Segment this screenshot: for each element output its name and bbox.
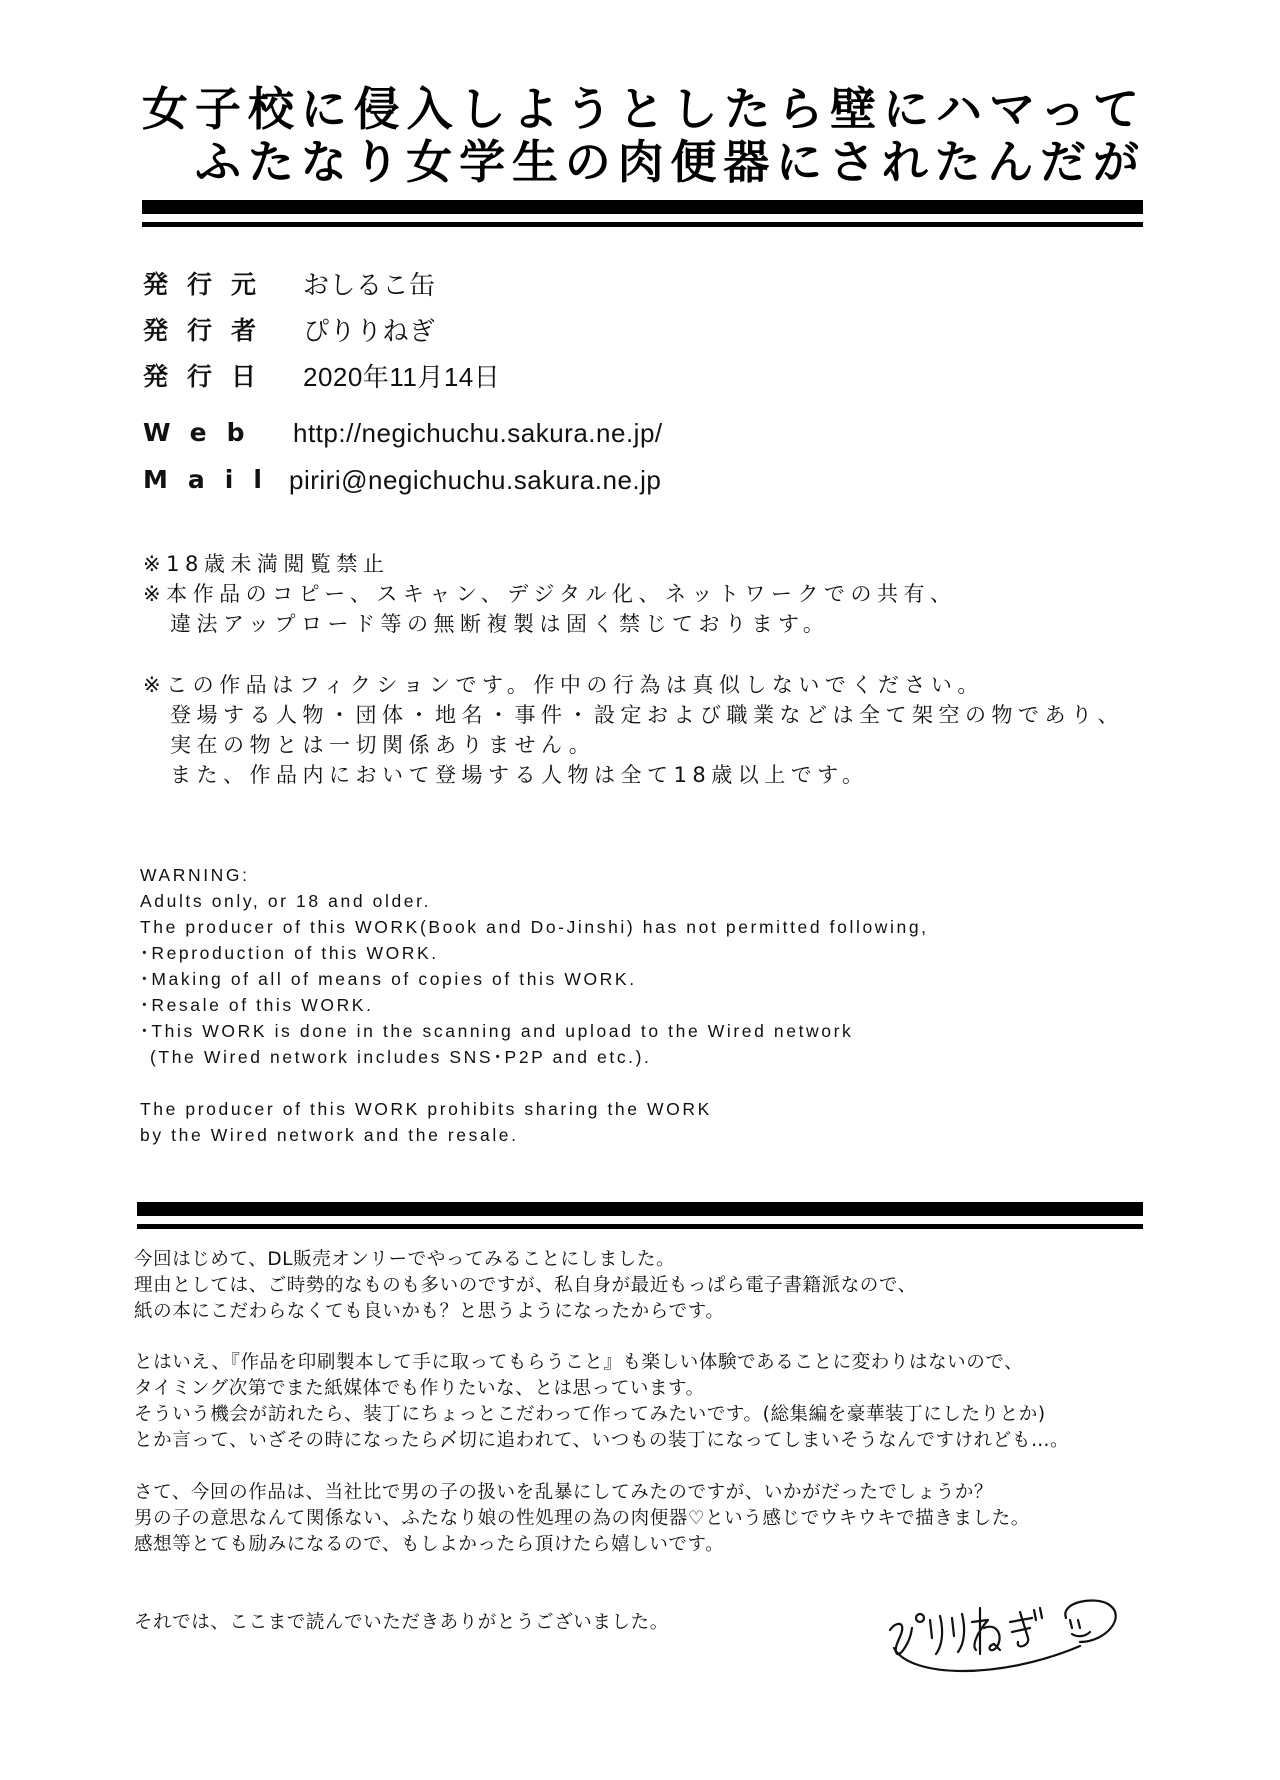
title-line-1: 女子校に侵入しようとしたら壁にハマって xyxy=(142,84,1144,134)
notice-line: 違法アップロード等の無断複製は固く禁じております。 xyxy=(170,609,829,639)
afterword-line: さて、今回の作品は、当社比で男の子の扱いを乱暴にしてみたのですが、いかがだったで… xyxy=(134,1480,993,1506)
warning-line: Adults only, or 18 and older. xyxy=(140,888,431,914)
top-rule-thick xyxy=(142,200,1143,214)
afterword-line: そういう機会が訪れたら、装丁にちょっとこだわって作ってみたいです。(総集編を豪華… xyxy=(134,1402,1046,1428)
signature-icon xyxy=(880,1598,1140,1688)
colophon-label: Web xyxy=(143,418,265,448)
notice-line: ※本作品のコピー、スキャン、デジタル化、ネットワークでの共有、 xyxy=(143,579,956,609)
warning-line: (The Wired network includes SNS･P2P and … xyxy=(150,1044,652,1070)
notice-line: ※18歳未満閲覧禁止 xyxy=(143,549,389,579)
afterword-closing: それでは、ここまで読んでいただきありがとうございました。 xyxy=(134,1610,669,1636)
notice-line: 実在の物とは一切関係ありません。 xyxy=(170,730,595,760)
title-line-2: ふたなり女学生の肉便器にされたんだが xyxy=(195,137,1144,187)
bottom-rule-thin xyxy=(137,1224,1143,1229)
warning-closing-line: by the Wired network and the resale. xyxy=(140,1122,519,1148)
afterword-line: 今回はじめて、DL販売オンリーでやってみることにしました。 xyxy=(134,1247,675,1273)
afterword-line: 男の子の意思なんて関係ない、ふたなり娘の性処理の為の肉便器♡という感じでウキウキ… xyxy=(134,1506,1030,1532)
colophon-value: 2020年11月14日 xyxy=(303,362,500,392)
top-rule-thin xyxy=(142,222,1143,227)
colophon-label: Mail xyxy=(143,465,282,495)
warning-line: ･Reproduction of this WORK. xyxy=(140,940,439,966)
notice-line: ※この作品はフィクションです。作中の行為は真似しないでください。 xyxy=(143,670,984,700)
warning-line: ･This WORK is done in the scanning and u… xyxy=(140,1018,853,1044)
afterword-line: とはいえ、『作品を印刷製本して手に取ってもらうこと』も楽しい体験であることに変わ… xyxy=(134,1350,1023,1376)
afterword-line: 紙の本にこだわらなくても良いかも？と思うようになったからです。 xyxy=(134,1299,724,1325)
colophon-label: 発行者 xyxy=(143,316,275,346)
colophon-label: 発行元 xyxy=(143,270,275,300)
warning-closing-line: The producer of this WORK prohibits shar… xyxy=(140,1096,712,1122)
notice-line: また、作品内において登場する人物は全て18歳以上です。 xyxy=(170,760,869,790)
warning-line: The producer of this WORK(Book and Do-Ji… xyxy=(140,914,929,940)
colophon-value: おしるこ缶 xyxy=(303,270,436,300)
web-url-link[interactable]: http://negichuchu.sakura.ne.jp/ xyxy=(293,418,663,448)
warning-line: ･Resale of this WORK. xyxy=(140,992,374,1018)
bottom-rule-thick xyxy=(137,1202,1143,1216)
afterword-line: タイミング次第でまた紙媒体でも作りたいな、とは思っています。 xyxy=(134,1376,705,1402)
afterword-line: とか言って、いざその時になったら〆切に追われて、いつもの装丁になってしまいそうな… xyxy=(134,1428,1069,1454)
afterword-line: 感想等とても励みになるので、もしよかったら頂けたら嬉しいです。 xyxy=(134,1532,724,1558)
warning-line: ･Making of all of means of copies of thi… xyxy=(140,966,637,992)
warning-heading: WARNING: xyxy=(140,862,250,888)
colophon-label: 発行日 xyxy=(143,362,275,392)
afterword-line: 理由としては、ご時勢的なものも多いのですが、私自身が最近もっぱら電子書籍派なので… xyxy=(134,1273,917,1299)
mail-address-link[interactable]: piriri@negichuchu.sakura.ne.jp xyxy=(289,465,661,495)
notice-line: 登場する人物・団体・地名・事件・設定および職業などは全て架空の物であり、 xyxy=(170,700,1124,730)
colophon-value: ぴりりねぎ xyxy=(303,316,436,346)
author-signature xyxy=(880,1598,1140,1688)
